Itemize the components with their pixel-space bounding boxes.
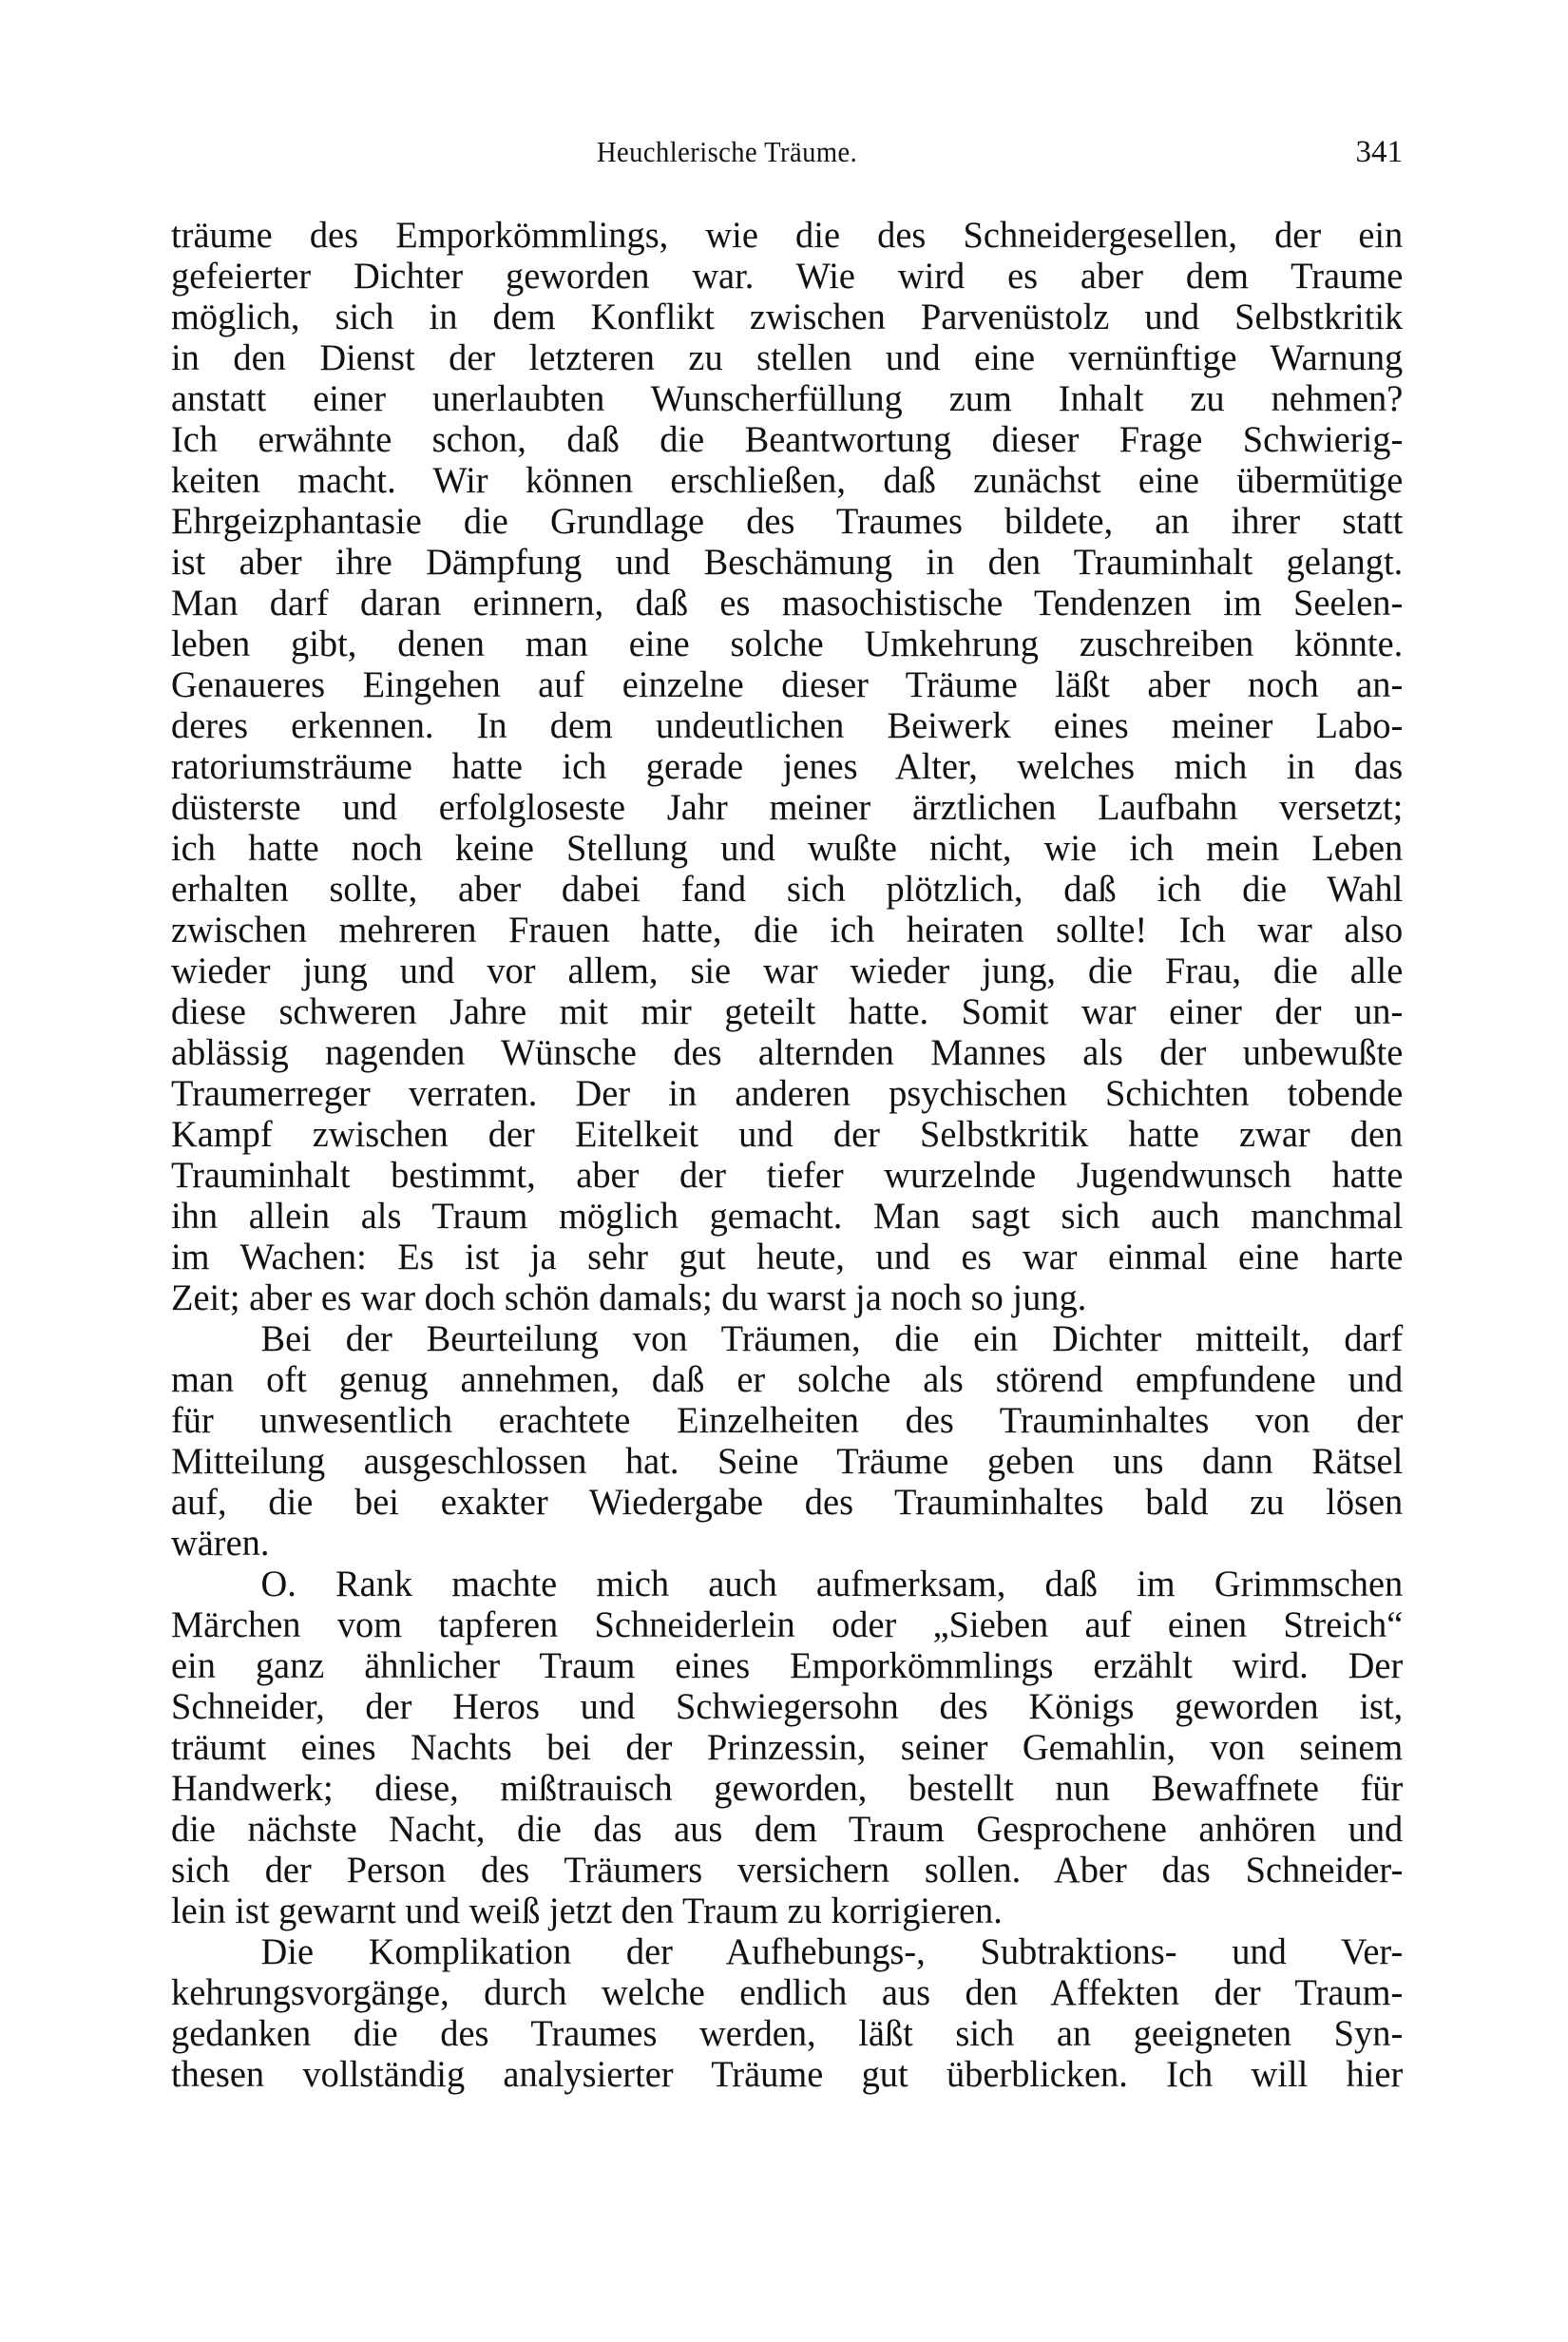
book-page: Heuchlerische Träume. 341 träume des Emp… [0,0,1568,2342]
text-line: möglich, sich in dem Konflikt zwischen P… [171,297,1403,337]
text-line: düsterste und erfolgloseste Jahr meiner … [171,787,1403,828]
text-line: träume des Emporkömmlings, wie die des S… [171,215,1403,256]
text-line: anstatt einer unerlaubten Wunscherfüllun… [171,378,1403,419]
text-line: gefeierter Dichter geworden war. Wie wir… [171,256,1403,297]
text-line: zwischen mehreren Frauen hatte, die ich … [171,910,1403,950]
text-line: träumt eines Nachts bei der Prinzessin, … [171,1727,1403,1768]
text-line: ratoriumsträume hatte ich gerade jenes A… [171,746,1403,787]
text-line: deres erkennen. In dem undeutlichen Beiw… [171,705,1403,746]
text-line: Märchen vom tapferen Schneiderlein oder … [171,1604,1403,1645]
running-title: Heuchlerische Träume. [597,131,857,173]
text-line: ist aber ihre Dämpfung und Beschämung in… [171,542,1403,583]
text-line: leben gibt, denen man eine solche Umkehr… [171,624,1403,664]
text-line: die nächste Nacht, die das aus dem Traum… [171,1809,1403,1850]
paragraph-first-line: Die Komplikation der Aufhebungs-, Subtra… [171,1931,1403,1972]
running-head: Heuchlerische Träume. 341 [171,131,1403,173]
text-line: wären. [171,1523,1403,1564]
text-line: Ehrgeizphantasie die Grundlage des Traum… [171,501,1403,542]
text-line: gedanken die des Traumes werden, läßt si… [171,2013,1403,2054]
text-line: kehrungsvorgänge, durch welche endlich a… [171,1972,1403,2013]
text-line: Traumerreger verraten. Der in anderen ps… [171,1073,1403,1114]
text-line: keiten macht. Wir können erschließen, da… [171,460,1403,501]
text-line: lein ist gewarnt und weiß jetzt den Trau… [171,1891,1403,1931]
text-line: Zeit; aber es war doch schön damals; du … [171,1277,1403,1318]
text-line: Schneider, der Heros und Schwiegersohn d… [171,1686,1403,1727]
paragraph-first-line: Bei der Beurteilung von Träumen, die ein… [171,1318,1403,1359]
text-line: im Wachen: Es ist ja sehr gut heute, und… [171,1237,1403,1277]
text-line: Trauminhalt bestimmt, aber der tiefer wu… [171,1155,1403,1196]
text-line: für unwesentlich erachtete Einzelheiten … [171,1400,1403,1441]
text-line: ich hatte noch keine Stellung und wußte … [171,828,1403,869]
text-line: Mitteilung ausgeschlossen hat. Seine Trä… [171,1441,1403,1482]
text-line: Genaueres Eingehen auf einzelne dieser T… [171,664,1403,705]
text-line: thesen vollständig analysierter Träume g… [171,2054,1403,2095]
text-line: Kampf zwischen der Eitelkeit und der Sel… [171,1114,1403,1155]
text-line: wieder jung und vor allem, sie war wiede… [171,950,1403,991]
text-line: sich der Person des Träumers versichern … [171,1850,1403,1891]
text-line: Man darf daran erinnern, daß es masochis… [171,583,1403,624]
text-line: ablässig nagenden Wünsche des alternden … [171,1032,1403,1073]
text-line: ein ganz ähnlicher Traum eines Emporkömm… [171,1645,1403,1686]
text-line: Ich erwähnte schon, daß die Beantwortung… [171,419,1403,460]
text-line: diese schweren Jahre mit mir geteilt hat… [171,991,1403,1032]
text-line: Handwerk; diese, mißtrauisch geworden, b… [171,1768,1403,1809]
text-line: erhalten sollte, aber dabei fand sich pl… [171,869,1403,910]
page-number: 341 [1356,131,1404,173]
text-line: man oft genug annehmen, daß er solche al… [171,1359,1403,1400]
text-line: ihn allein als Traum möglich gemacht. Ma… [171,1196,1403,1237]
body-text: träume des Emporkömmlings, wie die des S… [171,215,1403,2095]
text-line: in den Dienst der letzteren zu stellen u… [171,337,1403,378]
paragraph-first-line: O. Rank machte mich auch aufmerksam, daß… [171,1564,1403,1604]
text-line: auf, die bei exakter Wiedergabe des Trau… [171,1482,1403,1523]
